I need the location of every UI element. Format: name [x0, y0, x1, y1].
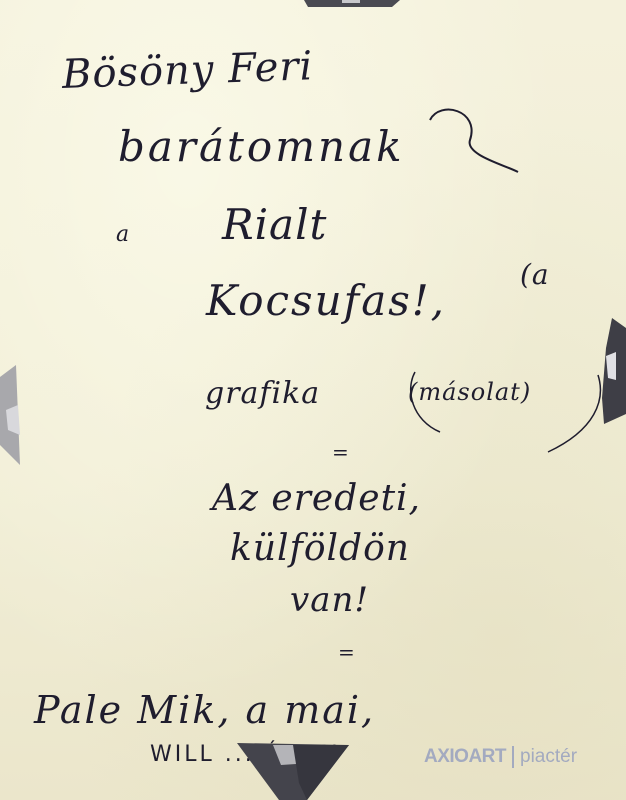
metal-clip-bottom — [237, 743, 349, 800]
watermark-sub: piactér — [520, 746, 577, 768]
watermark-divider — [512, 746, 514, 768]
metal-clip-top — [302, 0, 402, 8]
watermark: AXIOART piactér — [424, 746, 577, 768]
metal-clip-right — [600, 318, 626, 424]
ink-strokes — [0, 0, 626, 800]
watermark-brand: AXIOART — [424, 746, 506, 768]
metal-clip-left — [0, 365, 22, 465]
